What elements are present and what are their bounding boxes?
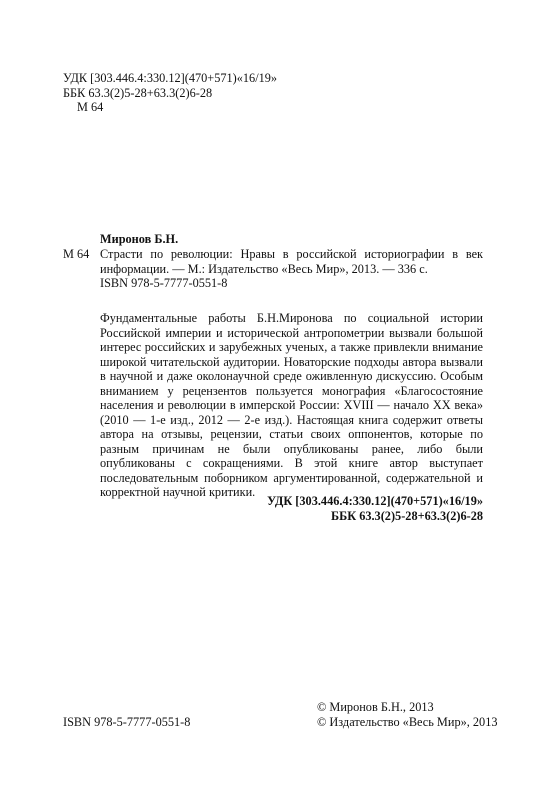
catalog-card-author: Миронов Б.Н. bbox=[100, 232, 178, 247]
catalog-card-body: Страсти по революции: Нравы в российской… bbox=[100, 247, 483, 291]
copyright-author: © Миронов Б.Н., 2013 bbox=[317, 700, 498, 715]
copyright-publisher: © Издательство «Весь Мир», 2013 bbox=[317, 715, 498, 730]
catalog-card-author-mark: М 64 bbox=[63, 247, 89, 262]
bbk-code: ББК 63.3(2)5-28+63.3(2)6-28 bbox=[63, 86, 277, 101]
author-mark: М 64 bbox=[63, 100, 277, 115]
bbk-code-bottom: ББК 63.3(2)5-28+63.3(2)6-28 bbox=[267, 509, 483, 524]
udk-code-bottom: УДК [303.446.4:330.12](470+571)«16/19» bbox=[267, 494, 483, 509]
classification-block-top: УДК [303.446.4:330.12](470+571)«16/19» Б… bbox=[63, 71, 277, 115]
copyright-block: © Миронов Б.Н., 2013 © Издательство «Вес… bbox=[317, 700, 498, 729]
isbn-footer: ISBN 978-5-7777-0551-8 bbox=[63, 715, 190, 730]
udk-code: УДК [303.446.4:330.12](470+571)«16/19» bbox=[63, 71, 277, 86]
catalog-card-title-description: Страсти по революции: Нравы в российской… bbox=[100, 247, 483, 276]
book-abstract: Фундаментальные работы Б.Н.Миронова по с… bbox=[100, 311, 483, 500]
catalog-card-isbn: ISBN 978-5-7777-0551-8 bbox=[100, 276, 483, 291]
classification-block-bottom: УДК [303.446.4:330.12](470+571)«16/19» Б… bbox=[267, 494, 483, 523]
